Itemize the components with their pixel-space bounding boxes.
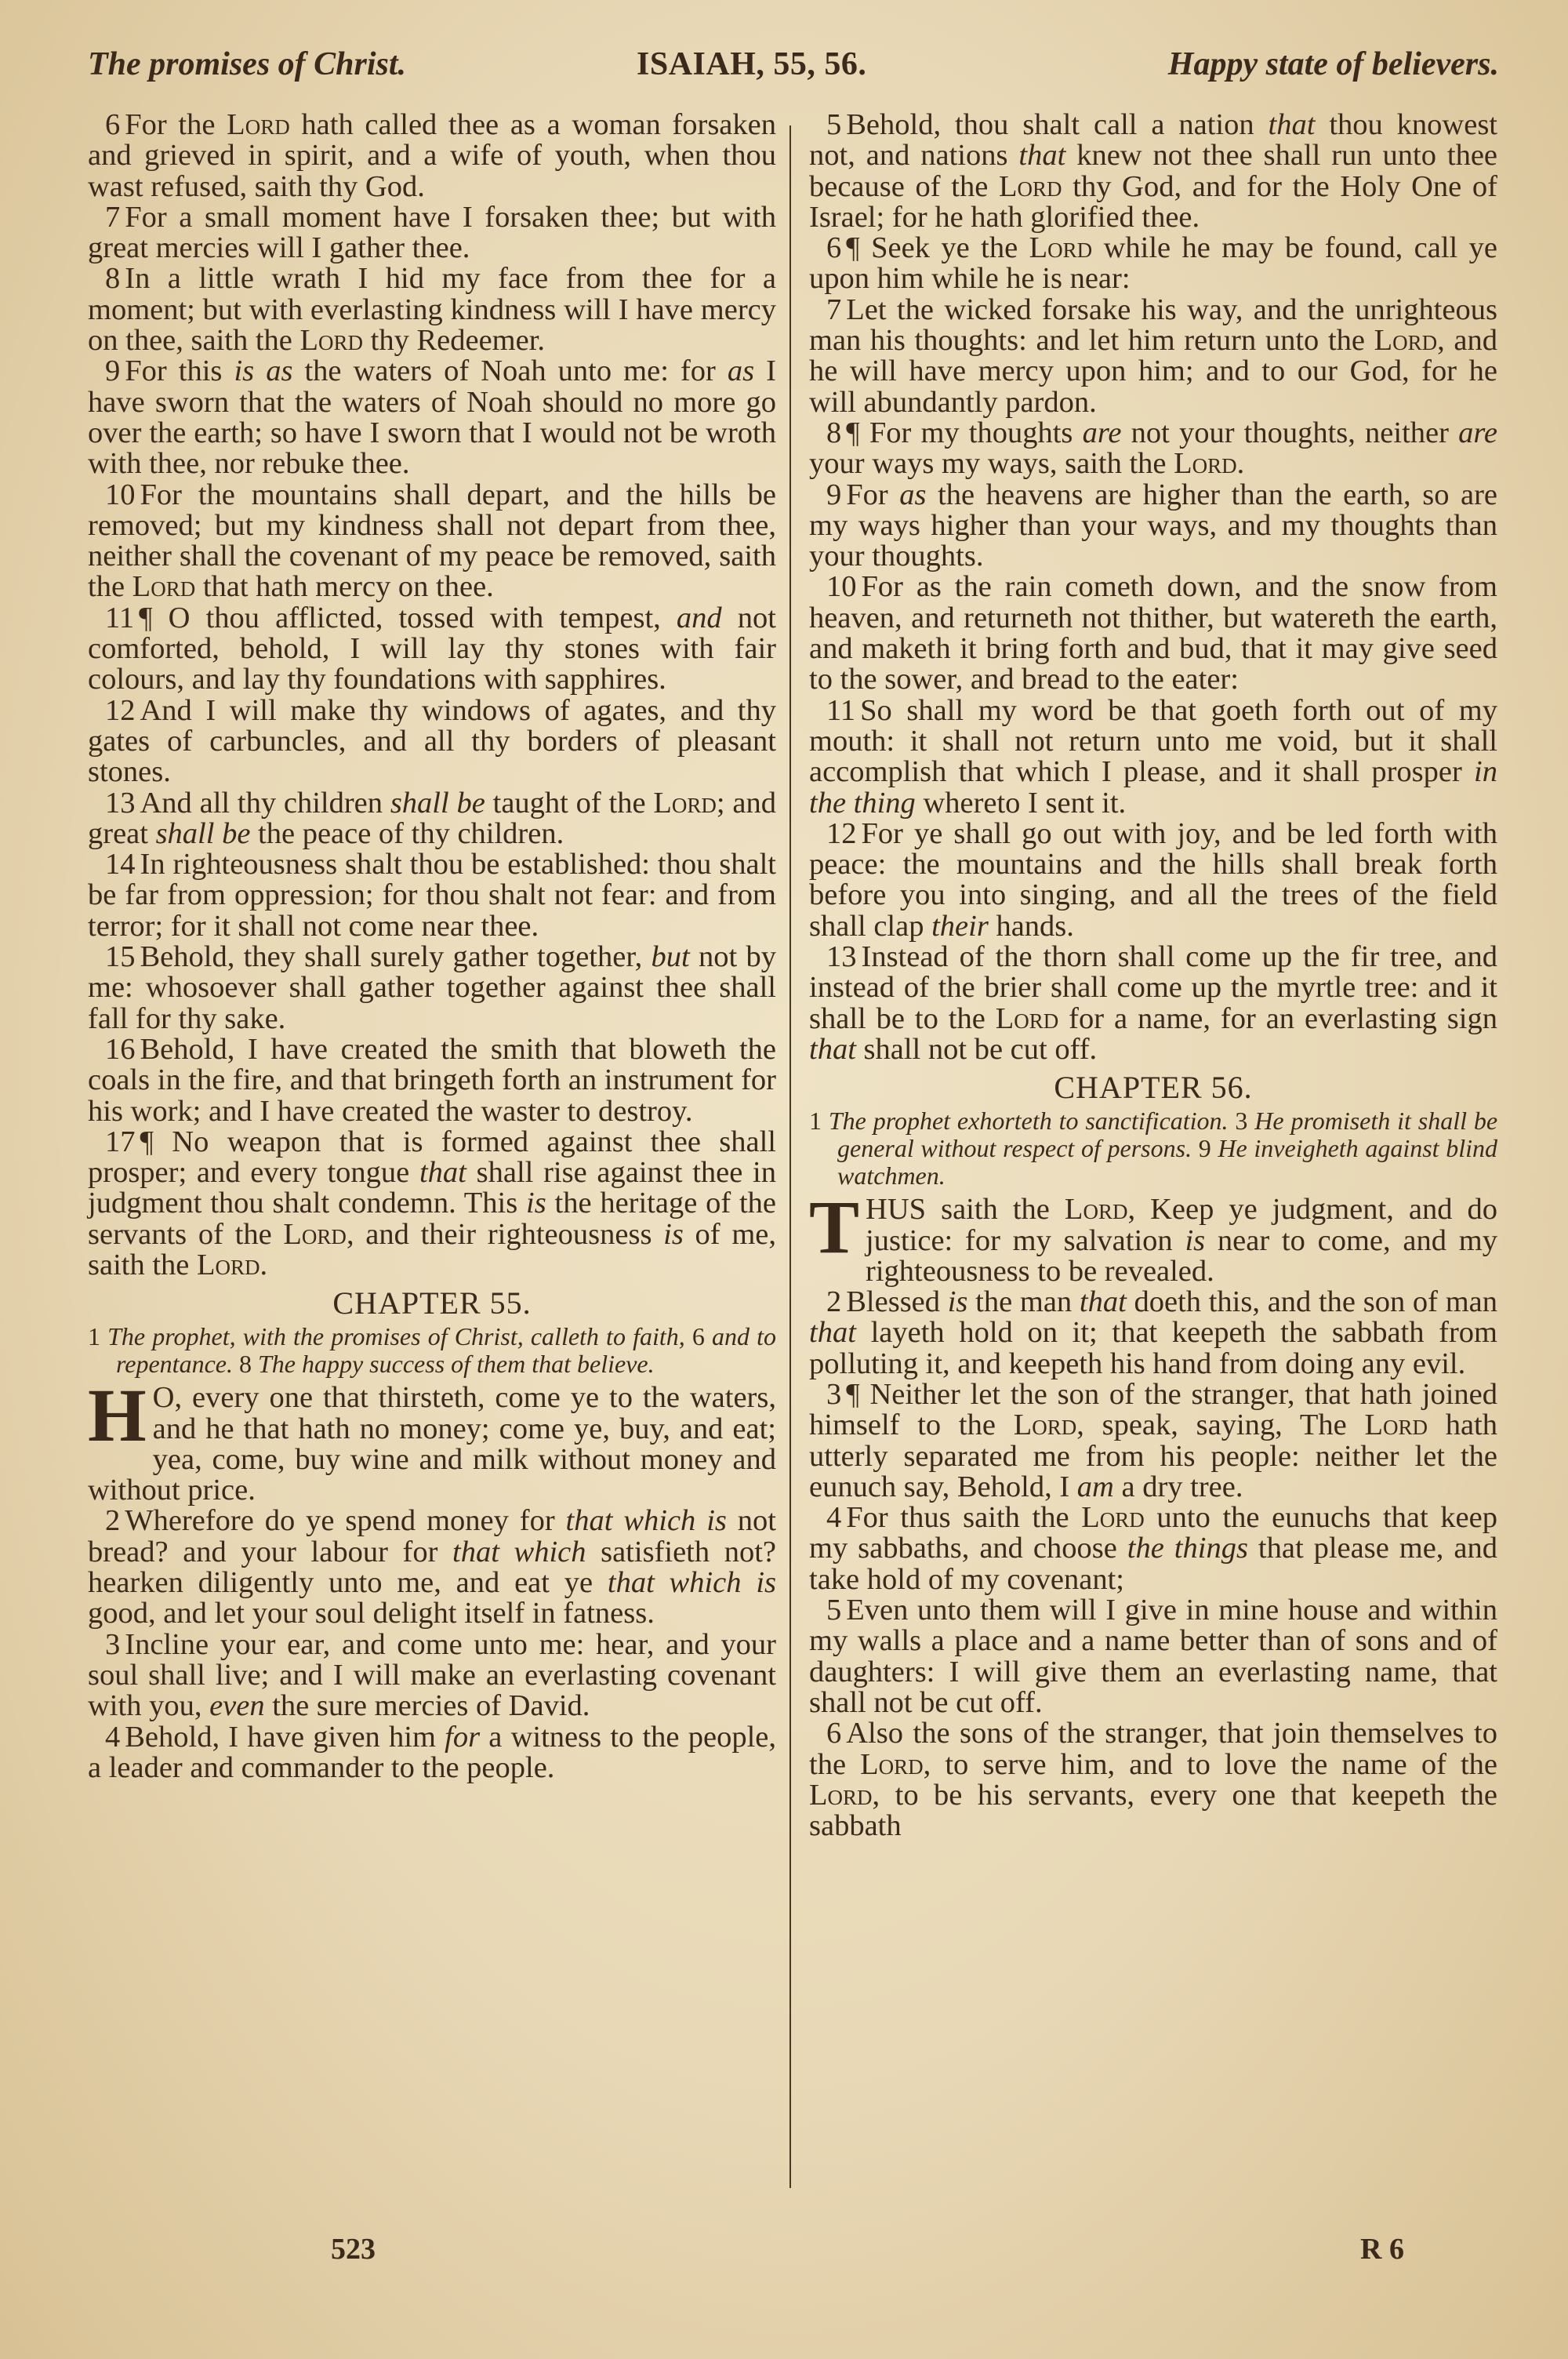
page-number: 523 xyxy=(331,2232,376,2266)
verse-number: 17 xyxy=(105,1125,136,1158)
verse-number: 10 xyxy=(826,570,857,603)
verse: 6Also the sons of the stranger, that joi… xyxy=(809,1718,1497,1841)
column-divider xyxy=(789,125,791,2188)
verse: 14In righteousness shalt thou be establi… xyxy=(88,849,776,942)
drop-cap: T xyxy=(809,1198,859,1257)
left-column: 6For the Lord hath called thee as a woma… xyxy=(88,110,776,1783)
verse-number: 14 xyxy=(105,848,136,881)
verse-number: 6 xyxy=(105,108,120,141)
verse-number: 7 xyxy=(105,201,120,234)
right-column: 5Behold, thou shalt call a nation that t… xyxy=(809,110,1497,1841)
verse-number: 13 xyxy=(105,787,136,820)
running-head-left: The promises of Christ. xyxy=(88,45,406,83)
verse: 17¶ No weapon that is formed against the… xyxy=(88,1127,776,1281)
chapter-55-summary: 1 The prophet, with the promises of Chri… xyxy=(88,1323,776,1378)
chapter-56-summary: 1 The prophet exhorteth to sanctificatio… xyxy=(809,1107,1497,1190)
verse-number: 9 xyxy=(105,354,120,387)
verse: 4For thus saith the Lord unto the eunuch… xyxy=(809,1503,1497,1595)
verse: 4Behold, I have given him for a witness … xyxy=(88,1722,776,1784)
verse-number: 12 xyxy=(826,817,857,850)
verse: 10For as the rain cometh down, and the s… xyxy=(809,572,1497,695)
isaiah-55-verses-cont: 5Behold, thou shalt call a nation that t… xyxy=(809,110,1497,1065)
verse-number: 3 xyxy=(826,1378,841,1411)
verse-number: 6 xyxy=(826,1717,841,1750)
verse: 9For this is as the waters of Noah unto … xyxy=(88,356,776,479)
verse: 15Behold, they shall surely gather toget… xyxy=(88,942,776,1034)
verse-number: 4 xyxy=(105,1721,120,1754)
verse: 11¶ O thou afflicted, tossed with tempes… xyxy=(88,603,776,696)
verse: 13Instead of the thorn shall come up the… xyxy=(809,942,1497,1065)
verse-number: 6 xyxy=(826,231,841,264)
isaiah-56-verses: 2Blessed is the man that doeth this, and… xyxy=(809,1287,1497,1841)
chapter-56-verse-1: THUS saith the Lord, Keep ye judgment, a… xyxy=(809,1194,1497,1287)
verse: 5Behold, thou shalt call a nation that t… xyxy=(809,110,1497,233)
verse: 11So shall my word be that goeth forth o… xyxy=(809,696,1497,819)
isaiah-54-verses: 6For the Lord hath called thee as a woma… xyxy=(88,110,776,1281)
verse-number: 11 xyxy=(105,602,134,634)
verse: 7Let the wicked forsake his way, and the… xyxy=(809,295,1497,418)
verse: 16Behold, I have created the smith that … xyxy=(88,1034,776,1127)
verse-number: 11 xyxy=(826,694,855,727)
verse-number: 3 xyxy=(105,1628,120,1661)
verse: 3¶ Neither let the son of the stranger, … xyxy=(809,1379,1497,1503)
verse-number: 13 xyxy=(826,940,857,973)
running-head-book-chapters: ISAIAH, 55, 56. xyxy=(637,45,866,83)
verse: 10For the mountains shall depart, and th… xyxy=(88,480,776,603)
verse-number: 7 xyxy=(826,293,841,326)
verse-number: 2 xyxy=(826,1285,841,1318)
verse-number: 9 xyxy=(826,478,841,511)
drop-cap: H xyxy=(88,1386,147,1445)
verse-number: 4 xyxy=(826,1501,841,1534)
bible-page: The promises of Christ. ISAIAH, 55, 56. … xyxy=(0,0,1568,2359)
verse-number: 10 xyxy=(105,478,136,511)
verse-number: 8 xyxy=(105,262,120,295)
chapter-55-verse-1: HO, every one that thirsteth, come ye to… xyxy=(88,1383,776,1506)
verse: 12And I will make thy windows of agates,… xyxy=(88,696,776,788)
verse: 13And all thy children shall be taught o… xyxy=(88,788,776,850)
verse-number: 15 xyxy=(105,940,136,973)
verse: 2Wherefore do ye spend money for that wh… xyxy=(88,1506,776,1629)
isaiah-55-verses: 2Wherefore do ye spend money for that wh… xyxy=(88,1506,776,1783)
verse: 12For ye shall go out with joy, and be l… xyxy=(809,819,1497,942)
chapter-55-title: CHAPTER 55. xyxy=(88,1287,776,1320)
verse-number: 16 xyxy=(105,1033,136,1066)
verse: 5Even unto them will I give in mine hous… xyxy=(809,1595,1497,1718)
verse: 8In a little wrath I hid my face from th… xyxy=(88,264,776,356)
running-head-right: Happy state of believers. xyxy=(1168,45,1499,83)
running-head: The promises of Christ. ISAIAH, 55, 56. … xyxy=(88,45,1499,100)
verse: 7For a small moment have I forsaken thee… xyxy=(88,202,776,264)
verse: 9For as the heavens are higher than the … xyxy=(809,480,1497,572)
verse: 3Incline your ear, and come unto me: hea… xyxy=(88,1630,776,1722)
verse-number: 5 xyxy=(826,108,841,141)
verse-number: 12 xyxy=(105,694,136,727)
verse: 8¶ For my thoughts are not your thoughts… xyxy=(809,418,1497,480)
verse-number: 5 xyxy=(826,1594,841,1627)
verse: 6¶ Seek ye the Lord while he may be foun… xyxy=(809,233,1497,295)
verse-number: 2 xyxy=(105,1504,120,1537)
chapter-56-title: CHAPTER 56. xyxy=(809,1071,1497,1104)
verse: 6For the Lord hath called thee as a woma… xyxy=(88,110,776,202)
verse: 2Blessed is the man that doeth this, and… xyxy=(809,1287,1497,1379)
signature-mark: R 6 xyxy=(1360,2232,1404,2266)
verse-number: 8 xyxy=(826,416,841,449)
